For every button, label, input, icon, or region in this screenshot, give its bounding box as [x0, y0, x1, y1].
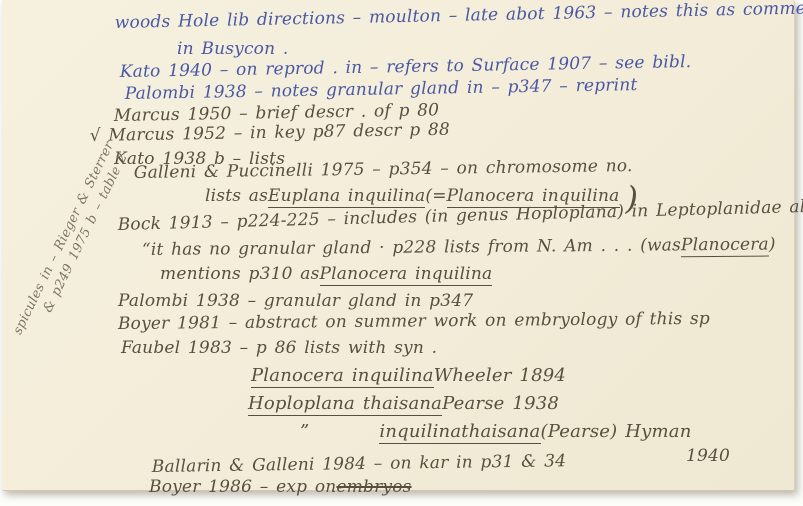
note-line: Ballarin & Galleni 1984 – on kar in p31 … — [152, 451, 567, 477]
underlined-text: Planocera inquilina — [251, 365, 434, 388]
note-text: Wheeler 1894 — [434, 365, 566, 386]
note-text: woods Hole lib directions – moulton – la… — [115, 0, 803, 33]
note-line: mentions p310 as Planocera inquilina — [160, 264, 492, 286]
note-line: Hoploplana thaisana Pearse 1938 — [248, 393, 559, 416]
note-line: 1940 — [686, 446, 730, 466]
note-line: woods Hole lib directions – moulton – la… — [115, 0, 803, 33]
note-text: in Busycon . — [177, 39, 288, 59]
note-line: Faubel 1983 – p 86 lists with syn . — [121, 338, 437, 358]
note-text: spicules in – Rieger & Sterrer — [11, 139, 118, 337]
note-text: (Pearse) Hyman — [541, 421, 692, 442]
note-line: Planocera inquilina Wheeler 1894 — [251, 365, 566, 388]
index-card: woods Hole lib directions – moulton – la… — [2, 0, 795, 491]
note-text: lists as — [205, 186, 268, 206]
note-line: ”inquilina thaisana (Pearse) Hyman — [300, 421, 692, 444]
note-line: Boyer 1981 – abstract on summer work on … — [118, 309, 710, 334]
note-text: Faubel 1983 – p 86 lists with syn . — [121, 338, 437, 358]
note-line: Palombi 1938 – granular gland in p347 — [118, 291, 473, 311]
note-line: Boyer 1986 – exp on embryos — [149, 477, 412, 497]
note-text: embryos — [336, 477, 411, 497]
note-text: Pearse 1938 — [442, 393, 559, 414]
underlined-text: Planocera inquilina — [320, 264, 493, 286]
note-text: Ballarin & Galleni 1984 – on kar in p31 … — [152, 451, 567, 477]
underlined-text: Euplana inquilina — [268, 186, 425, 208]
underlined-text: Hoploplana thaisana — [248, 393, 442, 416]
underlined-text: thaisana — [461, 421, 540, 444]
note-text: Boyer 1986 – exp on — [149, 477, 336, 497]
note-text: ) — [769, 234, 776, 254]
note-text: 1940 — [686, 446, 730, 466]
note-line: in Busycon . — [177, 39, 288, 59]
note-text: Boyer 1981 – abstract on summer work on … — [118, 309, 710, 334]
note-text: mentions p310 as — [160, 264, 320, 284]
underlined-text: inquilina — [379, 421, 461, 444]
note-line: “it has no granular gland · p228 lists f… — [142, 234, 776, 262]
note-text: “it has no granular gland · p228 lists f… — [142, 235, 681, 260]
note-text: (= — [425, 186, 446, 206]
margin-note-line: spicules in – Rieger & Sterrer — [11, 139, 118, 337]
underlined-text: Planocera — [681, 235, 769, 258]
note-text: Palombi 1938 – granular gland in p347 — [118, 291, 473, 311]
note-text: ” — [300, 421, 309, 442]
